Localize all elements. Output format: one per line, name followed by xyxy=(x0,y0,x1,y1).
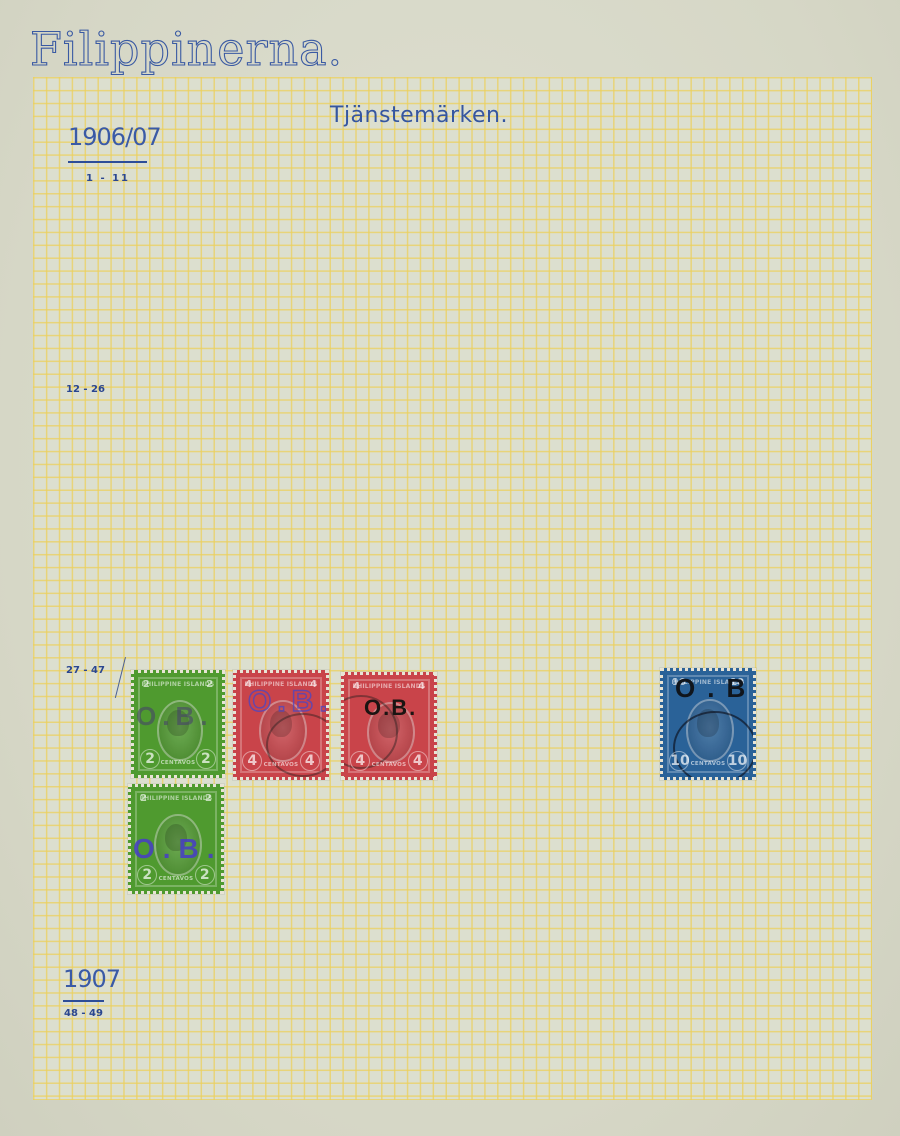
year-underline xyxy=(63,1000,104,1002)
country-title: Filippinerna. xyxy=(30,22,343,76)
overprint: O.B. xyxy=(133,833,223,865)
section-title: Tjänstemärken. xyxy=(330,103,508,128)
catalog-range-1-11: 1 - 11 xyxy=(86,173,130,184)
catalog-range-27-47: 27 - 47 xyxy=(66,665,105,676)
graph-paper-grid xyxy=(33,77,872,1100)
album-page: Filippinerna. Tjänstemärken. 1906/07 1 -… xyxy=(0,0,900,1136)
stamp-blue-10-centavos: PHILIPPINE ISLANDS 10 10 O.B. 10 10 CENT… xyxy=(660,668,756,780)
stamp-green-2-centavos: PHILIPPINE ISLANDS 2 2 O.B. 2 2 CENTAVOS xyxy=(128,784,224,894)
stamp-green-2-centavos: PHILIPPINE ISLANDS 2 2 O.B. 2 2 CENTAVOS xyxy=(131,670,225,778)
overprint: O.B. xyxy=(136,701,213,732)
overprint: O.B. xyxy=(248,685,329,719)
catalog-range-48-49: 48 - 49 xyxy=(64,1008,103,1019)
year-heading-1906-07: 1906/07 xyxy=(68,123,161,151)
year-underline xyxy=(68,161,147,163)
stamp-red-4-centavos: PHILIPPINE ISLANDS 4 4 O.B. 4 4 CENTAVOS xyxy=(341,672,437,780)
catalog-range-12-26: 12 - 26 xyxy=(66,384,105,395)
overprint: O.B. xyxy=(675,673,756,704)
stamp-red-4-centavos: PHILIPPINE ISLANDS 4 4 O.B. 4 4 CENTAVOS xyxy=(233,670,329,780)
year-heading-1907: 1907 xyxy=(63,965,120,993)
postmark xyxy=(673,711,756,780)
